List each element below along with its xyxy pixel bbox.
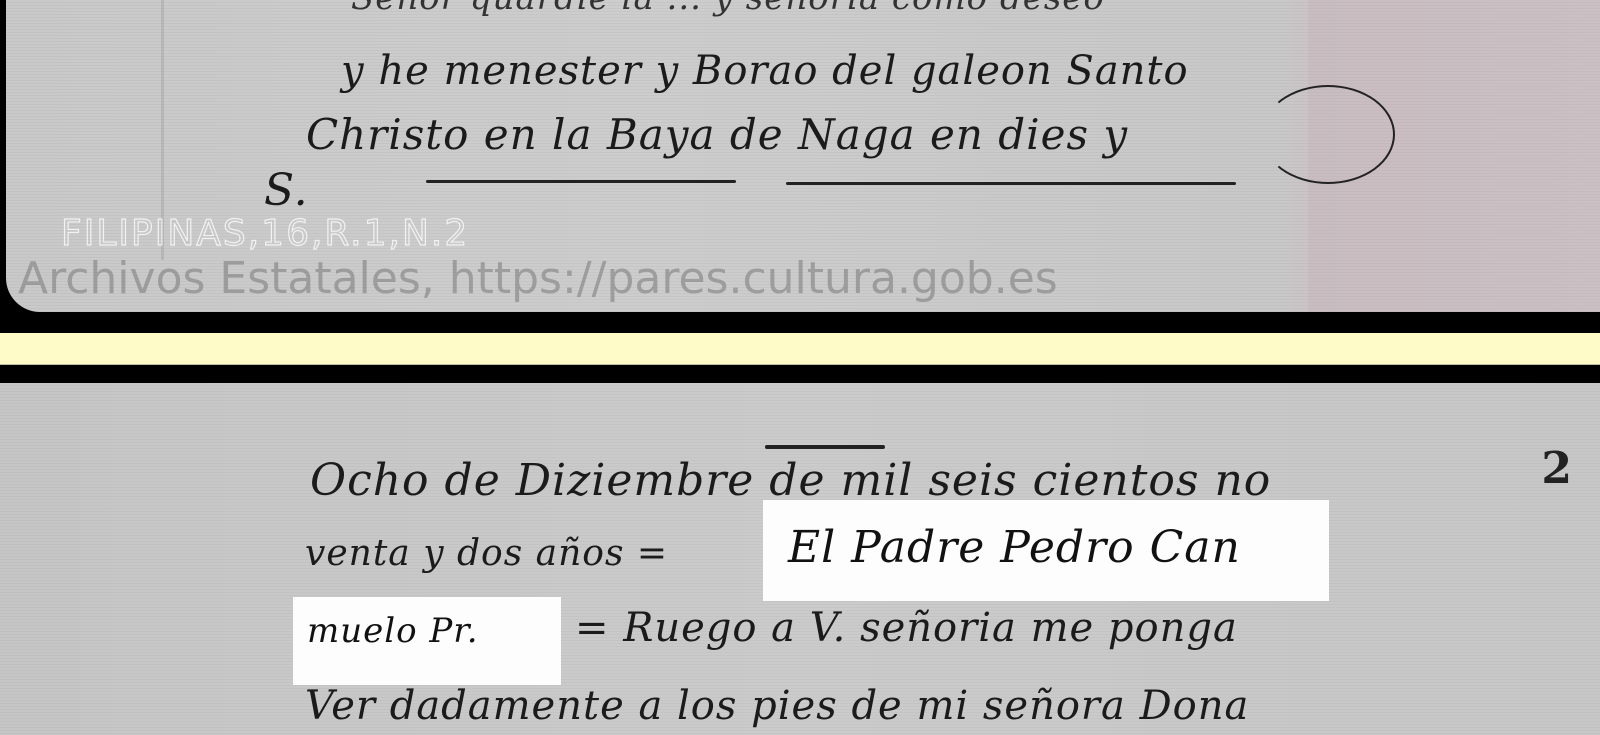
archive-attribution-watermark: Archivos Estatales, https://pares.cultur… <box>18 253 1058 304</box>
bottom-document-scan: 2 Ocho de Diziembre de mil seis cientos … <box>0 365 1600 735</box>
top-paper-sheet: Senor quardie la ... y senoria como dese… <box>6 0 1600 312</box>
highlighted-text: muelo Pr. <box>307 611 479 651</box>
highlight-box-name: El Padre Pedro Can <box>763 500 1329 601</box>
bottom-paper-sheet: 2 Ocho de Diziembre de mil seis cientos … <box>0 383 1600 735</box>
manuscript-line: y he menester y Borao del galeon Santo <box>341 48 1189 94</box>
manuscript-line: = Ruego a V. señoria me ponga <box>575 605 1238 651</box>
manuscript-line: Christo en la Baya de Naga en dies y <box>306 110 1128 159</box>
highlight-box-surname: muelo Pr. <box>293 597 561 685</box>
manuscript-line: Ver dadamente a los pies de mi señora Do… <box>305 683 1249 729</box>
manuscript-line: venta y dos años = <box>305 533 668 574</box>
highlighted-text: El Padre Pedro Can <box>788 522 1241 573</box>
closing-mark: S. <box>264 165 309 216</box>
top-document-scan: Senor quardie la ... y senoria como dese… <box>0 0 1600 333</box>
archive-reference-watermark: FILIPINAS,16,R.1,N.2 <box>61 213 469 254</box>
manuscript-line: Senor quardie la ... y senoria como dese… <box>351 0 1105 18</box>
underline-stroke <box>786 182 1236 185</box>
underline-stroke <box>426 180 736 183</box>
page-number: 2 <box>1541 443 1572 494</box>
signature-flourish <box>1261 85 1395 184</box>
tilde-stroke <box>765 445 885 449</box>
manuscript-line: Ocho de Diziembre de mil seis cientos no <box>310 455 1271 506</box>
fragment-divider-band <box>0 333 1600 365</box>
